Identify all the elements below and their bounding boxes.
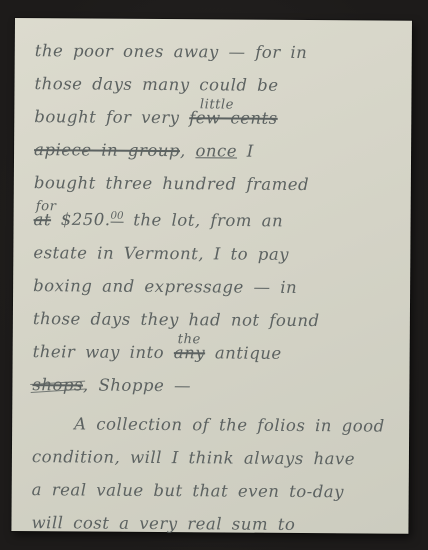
text-segment: their way into: [33, 342, 174, 362]
photo-background: the poor ones away — for inthose days ma…: [0, 0, 428, 550]
handwritten-text-block: the poor ones away — for inthose days ma…: [31, 34, 404, 541]
text-segment: those days many could be: [34, 74, 278, 95]
text-segment: will cost a very real sum to: [31, 513, 295, 534]
inserted-word: the: [178, 333, 201, 346]
inline-correction: theany: [174, 336, 206, 369]
text-segment: boxing and expressage — in: [33, 276, 297, 297]
text-segment: I: [237, 142, 254, 161]
handwritten-line: boxing and expressage — in: [33, 269, 402, 305]
handwritten-line: those days they had not found: [33, 302, 402, 338]
text-segment: A collection of the folios in good: [74, 414, 385, 435]
text-segment: the lot, from an: [123, 210, 283, 230]
letter-page: the poor ones away — for inthose days ma…: [11, 18, 412, 534]
inserted-word: little: [200, 99, 234, 112]
text-segment: bought for very: [34, 107, 189, 127]
handwritten-line: A collection of the folios in good: [32, 407, 401, 443]
text-segment: those days they had not found: [33, 309, 320, 330]
inline-correction: littlefew cents: [189, 101, 278, 135]
text-segment: a real value but that even to-day: [32, 480, 344, 501]
text-segment: antique: [205, 343, 282, 363]
text-segment: estate in Vermont, I to pay: [33, 243, 289, 264]
text-segment: shops: [32, 375, 83, 394]
text-segment: apiece in group: [34, 140, 180, 160]
inline-correction: forat: [33, 203, 51, 236]
handwritten-line: apiece in group, once I: [34, 133, 403, 169]
text-segment: the poor ones away — for in: [35, 41, 308, 62]
handwritten-line: forat $250.00 the lot, from an: [33, 199, 402, 238]
text-segment: , Shoppe —: [83, 375, 191, 395]
handwritten-line: bought for very littlefew cents: [34, 100, 403, 136]
handwritten-line: shops, Shoppe —: [32, 368, 401, 404]
handwritten-line: bought three hundred framed: [34, 166, 403, 202]
handwritten-line: a real value but that even to-day: [32, 473, 401, 509]
handwritten-line: their way into theany antique: [33, 335, 402, 371]
handwritten-line: the poor ones away — for in: [35, 34, 404, 70]
text-segment: bought three hundred framed: [34, 173, 309, 194]
text-segment: condition, will I think always have: [32, 447, 355, 468]
text-segment: once: [195, 141, 237, 160]
handwritten-line: will cost a very real sum to: [31, 506, 400, 542]
text-segment: 00: [111, 211, 124, 223]
text-segment: ,: [180, 141, 196, 160]
handwritten-line: condition, will I think always have: [32, 440, 401, 476]
inserted-word: for: [36, 200, 57, 213]
text-segment: $250.: [51, 210, 111, 229]
handwritten-line: estate in Vermont, I to pay: [33, 236, 402, 272]
